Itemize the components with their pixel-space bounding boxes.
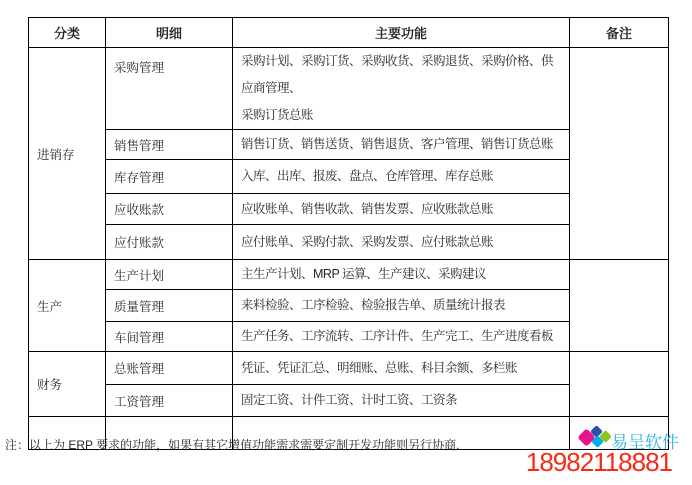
header-row: 分类 明细 主要功能 备注	[29, 18, 669, 48]
functions-cell: 生产任务、工序流转、工序计件、生产完工、生产进度看板	[233, 322, 570, 352]
page: { "table": { "headers": ["分类", "明细", "主要…	[0, 0, 692, 485]
table-row: 生产生产计划主生产计划、MRP 运算、生产建议、采购建议	[29, 260, 669, 290]
remark-cell	[570, 260, 669, 352]
category-cell: 财务	[29, 352, 106, 417]
header-cell-functions: 主要功能	[233, 18, 570, 48]
table-row: 财务总账管理凭证、凭证汇总、明细账、总账、科目余额、多栏账	[29, 352, 669, 385]
functions-cell: 销售订货、销售送货、销售退货、客户管理、销售订货总账	[233, 130, 570, 160]
detail-cell: 销售管理	[106, 130, 233, 160]
functions-cell: 凭证、凭证汇总、明细账、总账、科目余额、多栏账	[233, 352, 570, 385]
category-cell: 进销存	[29, 48, 106, 260]
detail-cell: 采购管理	[106, 48, 233, 130]
detail-cell: 应收账款	[106, 194, 233, 225]
remark-cell	[570, 48, 669, 260]
footer-note: 注：以上为 ERP 要求的功能，如果有其它增值功能需求需要定制开发功能则另行协商…	[5, 436, 459, 453]
functions-cell: 入库、出库、报废、盘点、仓库管理、库存总账	[233, 160, 570, 194]
detail-cell: 总账管理	[106, 352, 233, 385]
brand-phone: 18982118881	[524, 447, 672, 478]
detail-cell: 应付账款	[106, 225, 233, 260]
table-row: 进销存采购管理采购计划、采购订货、采购收货、采购退货、采购价格、供应商管理、 采…	[29, 48, 669, 130]
category-cell: 生产	[29, 260, 106, 352]
functions-cell: 来料检验、工序检验、检验报告单、质量统计报表	[233, 290, 570, 322]
functions-cell: 采购计划、采购订货、采购收货、采购退货、采购价格、供应商管理、 采购订货总账	[233, 48, 570, 130]
erp-table-body: 进销存采购管理采购计划、采购订货、采购收货、采购退货、采购价格、供应商管理、 采…	[29, 48, 669, 450]
functions-cell: 应收账单、销售收款、销售发票、应收账款总账	[233, 194, 570, 225]
detail-cell: 生产计划	[106, 260, 233, 290]
header-cell-category: 分类	[29, 18, 106, 48]
detail-cell: 库存管理	[106, 160, 233, 194]
header-cell-remark: 备注	[570, 18, 669, 48]
erp-feature-table: 分类 明细 主要功能 备注 进销存采购管理采购计划、采购订货、采购收货、采购退货…	[28, 17, 669, 450]
functions-cell: 应付账单、采购付款、采购发票、应付账款总账	[233, 225, 570, 260]
detail-cell: 质量管理	[106, 290, 233, 322]
detail-cell: 工资管理	[106, 385, 233, 417]
detail-cell: 车间管理	[106, 322, 233, 352]
remark-cell	[570, 352, 669, 417]
functions-cell: 主生产计划、MRP 运算、生产建议、采购建议	[233, 260, 570, 290]
functions-cell: 固定工资、计件工资、计时工资、工资条	[233, 385, 570, 417]
header-cell-detail: 明细	[106, 18, 233, 48]
